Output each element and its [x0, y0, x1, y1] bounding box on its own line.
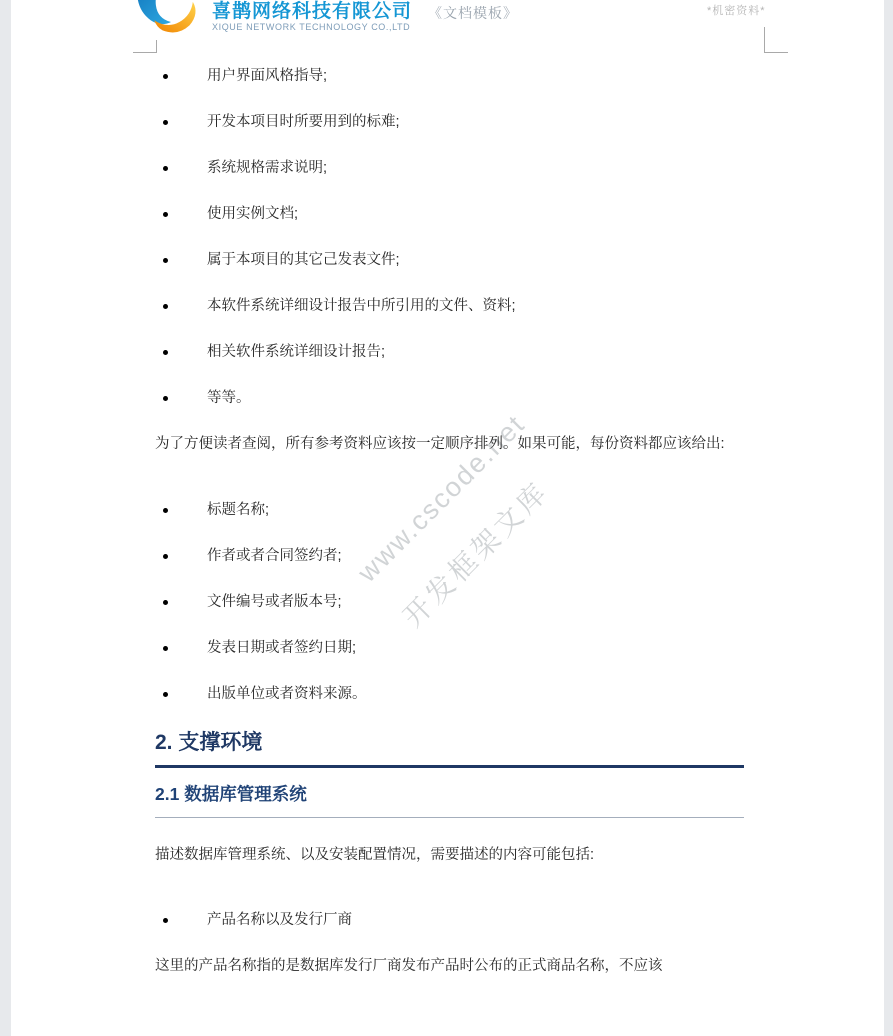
- dbms-content-list: 产品名称以及发行厂商: [155, 910, 744, 930]
- document-content: 用户界面风格指导; 开发本项目时所要用到的标难; 系统规格需求说明; 使用实例文…: [11, 35, 884, 976]
- bullet-icon: [163, 396, 168, 401]
- section-heading-support-environment: 2. 支撑环境: [155, 730, 744, 768]
- list-item: 相关软件系统详细设计报告;: [155, 342, 744, 362]
- paragraph-dbms-intro: 描述数据库管理系统、以及安装配置情况，需要描述的内容可能包括:: [155, 845, 744, 865]
- list-item: 系统规格需求说明;: [155, 158, 744, 178]
- doc-type-label: 《文档模板》: [428, 3, 518, 23]
- company-name-en: XIQUE NETWORK TECHNOLOGY CO.,LTD: [212, 22, 427, 32]
- document-page: www.cscode.net 开发框架文库 喜鹊网络科技有限公司 XIQUE N…: [11, 0, 884, 1036]
- bullet-icon: [163, 166, 168, 171]
- list-item-text: 用户界面风格指导;: [207, 66, 327, 86]
- list-item-text: 属于本项目的其它己发表文件;: [207, 250, 400, 270]
- paragraph-product-name: 这里的产品名称指的是数据库发行厂商发布产品时公布的正式商品名称，不应该: [155, 956, 744, 976]
- list-item-text: 标题名称;: [207, 500, 269, 520]
- bullet-icon: [163, 212, 168, 217]
- bullet-icon: [163, 120, 168, 125]
- subsection-heading-dbms: 2.1 数据库管理系统: [155, 782, 744, 818]
- list-item-text: 出版单位或者资料来源。: [207, 684, 367, 704]
- list-item: 出版单位或者资料来源。: [155, 684, 744, 704]
- page-header: 喜鹊网络科技有限公司 XIQUE NETWORK TECHNOLOGY CO.,…: [11, 0, 884, 35]
- list-item-text: 发表日期或者签约日期;: [207, 638, 356, 658]
- list-item-text: 相关软件系统详细设计报告;: [207, 342, 385, 362]
- confidential-label: *机密资料*: [707, 2, 766, 18]
- bullet-icon: [163, 350, 168, 355]
- bullet-icon: [163, 600, 168, 605]
- list-item: 开发本项目时所要用到的标难;: [155, 112, 744, 132]
- list-item: 本软件系统详细设计报告中所引用的文件、资料;: [155, 296, 744, 316]
- list-item: 等等。: [155, 388, 744, 408]
- bullet-icon: [163, 508, 168, 513]
- bullet-icon: [163, 304, 168, 309]
- bullet-icon: [163, 258, 168, 263]
- list-item: 标题名称;: [155, 500, 744, 520]
- list-item-text: 作者或者合同签约者;: [207, 546, 342, 566]
- company-name: 喜鹊网络科技有限公司: [212, 1, 427, 22]
- list-item-text: 文件编号或者版本号;: [207, 592, 342, 612]
- list-item: 作者或者合同签约者;: [155, 546, 744, 566]
- list-item: 文件编号或者版本号;: [155, 592, 744, 612]
- bullet-icon: [163, 646, 168, 651]
- list-item: 用户界面风格指导;: [155, 66, 744, 86]
- list-item: 发表日期或者签约日期;: [155, 638, 744, 658]
- list-item-text: 使用实例文档;: [207, 204, 298, 224]
- company-logo-text: 喜鹊网络科技有限公司 XIQUE NETWORK TECHNOLOGY CO.,…: [212, 1, 427, 32]
- list-item: 使用实例文档;: [155, 204, 744, 224]
- list-item-text: 本软件系统详细设计报告中所引用的文件、资料;: [207, 296, 516, 316]
- list-item-text: 产品名称以及发行厂商: [207, 910, 352, 930]
- citation-fields-list: 标题名称; 作者或者合同签约者; 文件编号或者版本号; 发表日期或者签约日期; …: [155, 500, 744, 704]
- list-item: 属于本项目的其它己发表文件;: [155, 250, 744, 270]
- bullet-icon: [163, 918, 168, 923]
- company-logo-bird-icon: [129, 0, 213, 39]
- list-item: 产品名称以及发行厂商: [155, 910, 744, 930]
- list-item-text: 等等。: [207, 388, 251, 408]
- list-item-text: 开发本项目时所要用到的标难;: [207, 112, 400, 132]
- bullet-icon: [163, 554, 168, 559]
- bullet-icon: [163, 74, 168, 79]
- reference-list: 用户界面风格指导; 开发本项目时所要用到的标难; 系统规格需求说明; 使用实例文…: [155, 66, 744, 408]
- list-item-text: 系统规格需求说明;: [207, 158, 327, 178]
- bullet-icon: [163, 692, 168, 697]
- paragraph-order-note: 为了方便读者查阅，所有参考资料应该按一定顺序排列。如果可能，每份资料都应该给出:: [155, 434, 744, 454]
